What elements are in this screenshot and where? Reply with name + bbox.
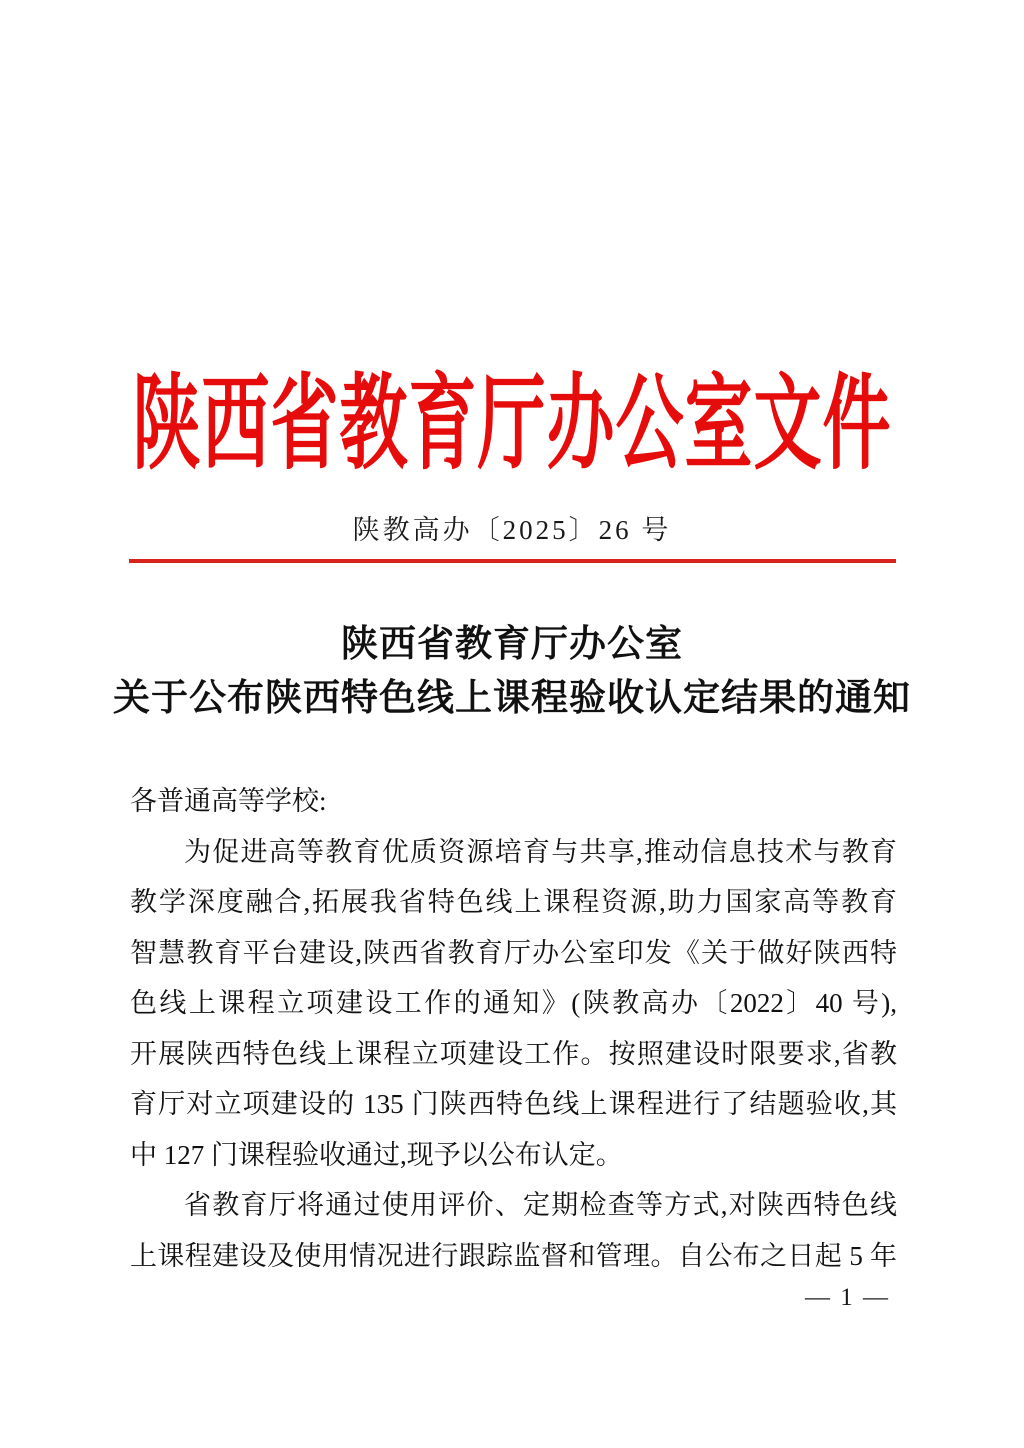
body-line: 教学深度融合,拓展我省特色线上课程资源,助力国家高等教育 — [130, 877, 897, 928]
red-separator-rule — [129, 559, 896, 563]
document-body: 各普通高等学校: 为促进高等教育优质资源培育与共享,推动信息技术与教育 教学深度… — [130, 776, 897, 1281]
body-line-salutation: 各普通高等学校: — [130, 776, 897, 827]
body-line: 中 127 门课程验收通过,现予以公布认定。 — [130, 1130, 897, 1181]
document-page: 陕西省教育厅办公室文件 陕教高办〔2025〕26 号 陕西省教育厅办公室 关于公… — [0, 0, 1024, 1448]
body-line: 为促进高等教育优质资源培育与共享,推动信息技术与教育 — [130, 827, 897, 878]
body-line: 育厅对立项建设的 135 门陕西特色线上课程进行了结题验收,其 — [130, 1079, 897, 1130]
document-title-line-2: 关于公布陕西特色线上课程验收认定结果的通知 — [40, 672, 984, 726]
document-title-line-1: 陕西省教育厅办公室 — [40, 618, 984, 672]
body-line: 色线上课程立项建设工作的通知》(陕教高办〔2022〕40 号), — [130, 978, 897, 1029]
agency-masthead: 陕西省教育厅办公室文件 — [0, 342, 1024, 439]
body-line: 智慧教育平台建设,陕西省教育厅办公室印发《关于做好陕西特 — [130, 928, 897, 979]
body-line: 开展陕西特色线上课程立项建设工作。按照建设时限要求,省教 — [130, 1029, 897, 1080]
document-title: 陕西省教育厅办公室 关于公布陕西特色线上课程验收认定结果的通知 — [40, 618, 984, 726]
body-line: 省教育厅将通过使用评价、定期检查等方式,对陕西特色线 — [130, 1180, 897, 1231]
document-reference-number: 陕教高办〔2025〕26 号 — [0, 508, 1024, 547]
page-number: — 1 — — [805, 1284, 890, 1312]
body-line: 上课程建设及使用情况进行跟踪监督和管理。自公布之日起 5 年 — [130, 1231, 897, 1282]
agency-masthead-text: 陕西省教育厅办公室文件 — [132, 342, 891, 489]
